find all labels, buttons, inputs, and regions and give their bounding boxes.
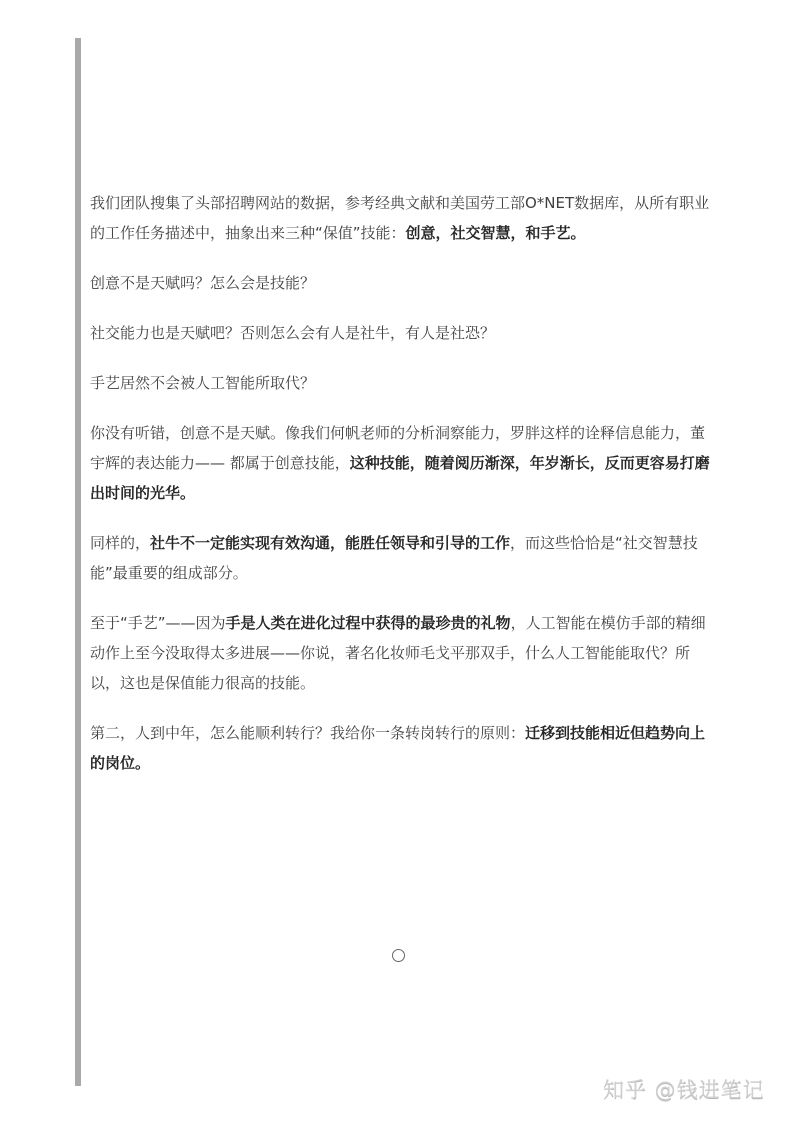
paragraph-text: 手艺居然不会被人工智能所取代？ [90,374,315,392]
paragraph: 至于“手艺”——因为手是人类在进化过程中获得的最珍贵的礼物，人工智能在模仿手部的… [90,608,712,698]
paragraph-text: 第二，人到中年，怎么能顺利转行？我给你一条转岗转行的原则： [90,724,525,742]
watermark: 知乎 @钱进笔记 [603,1074,765,1104]
quote-left-border [75,38,81,1086]
paragraph-text: 创意不是天赋吗？怎么会是技能？ [90,274,315,292]
paragraph: 创意不是天赋吗？怎么会是技能？ [90,268,712,298]
paragraph-text: 至于“手艺”——因为 [90,614,226,632]
paragraph: 我们团队搜集了头部招聘网站的数据，参考经典文献和美国劳工部O*NET数据库，从所… [90,188,712,248]
paragraph-bold-text: 社牛不一定能实现有效沟通，能胜任领导和引导的工作 [150,534,510,552]
paragraph-text: 社交能力也是天赋吧？否则怎么会有人是社牛，有人是社恐？ [90,324,495,342]
paragraph: 第二，人到中年，怎么能顺利转行？我给你一条转岗转行的原则：迁移到技能相近但趋势向… [90,718,712,778]
paragraph: 手艺居然不会被人工智能所取代？ [90,368,712,398]
loading-circle-icon [392,949,405,962]
paragraph-text: 我们团队搜集了头部招聘网站的数据，参考经典文献和美国劳工部O*NET数据库，从所… [90,194,709,242]
paragraph: 社交能力也是天赋吧？否则怎么会有人是社牛，有人是社恐？ [90,318,712,348]
article-body: 我们团队搜集了头部招聘网站的数据，参考经典文献和美国劳工部O*NET数据库，从所… [90,188,712,798]
paragraph-bold-text: 手是人类在进化过程中获得的最珍贵的礼物 [226,614,511,632]
paragraph: 同样的，社牛不一定能实现有效沟通，能胜任领导和引导的工作，而这些恰恰是“社交智慧… [90,528,712,588]
paragraph: 你没有听错，创意不是天赋。像我们何帆老师的分析洞察能力，罗胖这样的诠释信息能力，… [90,418,712,508]
paragraph-bold-text: 创意，社交智慧，和手艺。 [406,224,586,242]
paragraph-text: 同样的， [90,534,150,552]
